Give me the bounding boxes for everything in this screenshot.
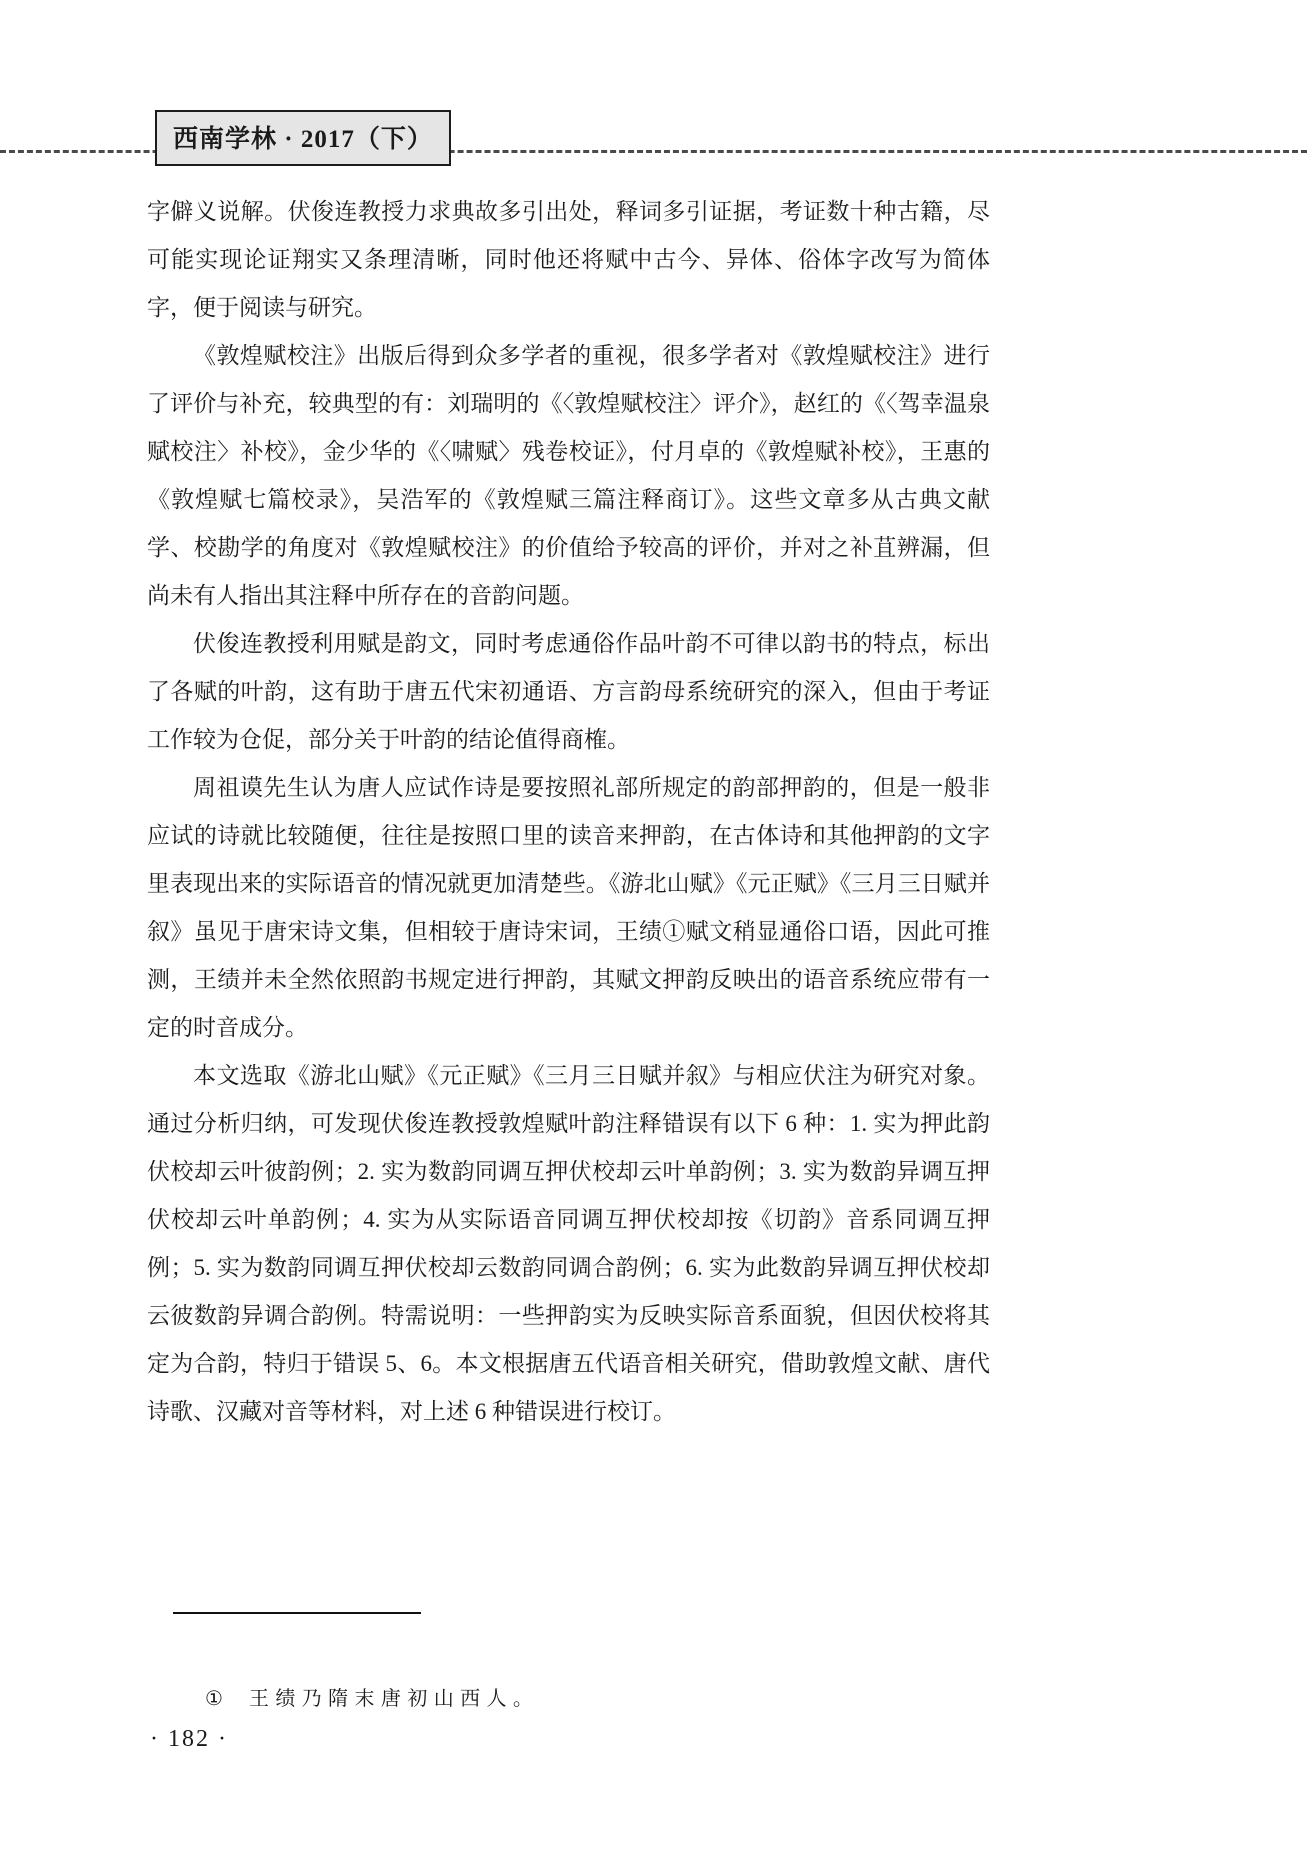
- body-paragraph: 《敦煌赋校注》出版后得到众多学者的重视，很多学者对《敦煌赋校注》进行了评价与补充…: [147, 332, 990, 620]
- footnote-separator: [173, 1612, 421, 1614]
- body-paragraph: 字僻义说解。伏俊连教授力求典故多引出处，释词多引证据，考证数十种古籍，尽可能实现…: [147, 188, 990, 332]
- document-page: 西南学林 · 2017（下） 字僻义说解。伏俊连教授力求典故多引出处，释词多引证…: [0, 0, 1307, 1859]
- footnote: ①王绩乃隋末唐初山西人。: [205, 1682, 539, 1711]
- body-paragraph: 本文选取《游北山赋》《元正赋》《三月三日赋并叙》与相应伏注为研究对象。通过分析归…: [147, 1052, 990, 1436]
- journal-header-badge: 西南学林 · 2017（下）: [155, 110, 451, 166]
- footnote-marker: ①: [205, 1688, 223, 1710]
- page-number: · 182 ·: [150, 1726, 228, 1753]
- journal-title: 西南学林 · 2017（下）: [173, 126, 433, 153]
- footnote-text: 王绩乃隋末唐初山西人。: [249, 1688, 539, 1710]
- body-paragraph: 伏俊连教授利用赋是韵文，同时考虑通俗作品叶韵不可律以韵书的特点，标出了各赋的叶韵…: [147, 620, 990, 764]
- article-body: 字僻义说解。伏俊连教授力求典故多引出处，释词多引证据，考证数十种古籍，尽可能实现…: [147, 188, 990, 1436]
- body-paragraph: 周祖谟先生认为唐人应试作诗是要按照礼部所规定的韵部押韵的，但是一般非应试的诗就比…: [147, 764, 990, 1052]
